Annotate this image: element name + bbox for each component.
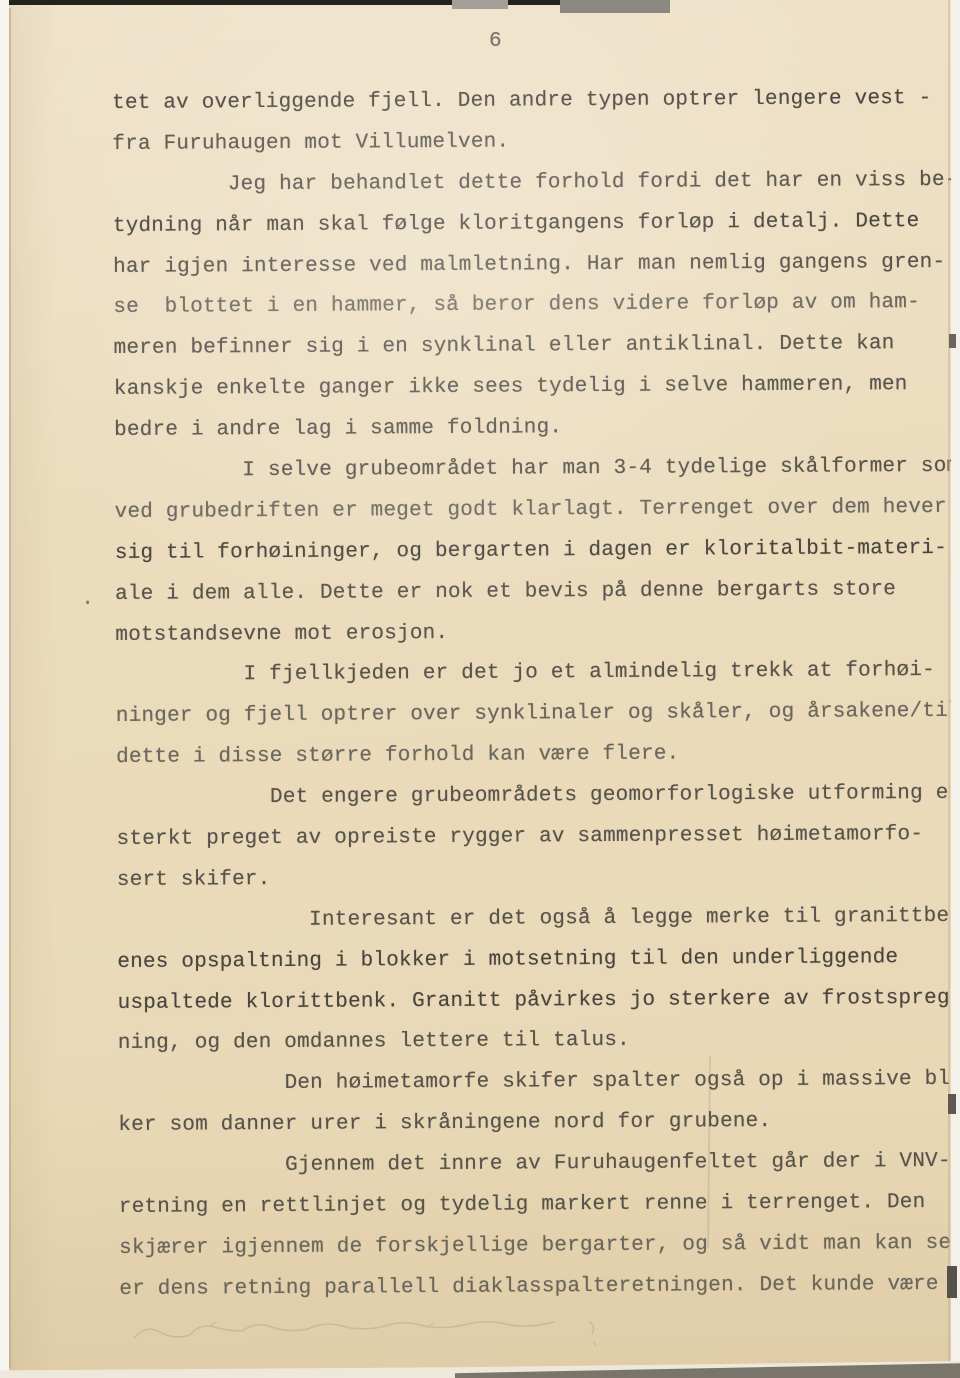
text-line: ved grubedriften er meget godt klarlagt.…	[114, 488, 960, 534]
text-line: Jeg har behandlet dette forhold fordi de…	[112, 161, 960, 207]
text-line: tydning når man skal følge kloritgangens…	[113, 201, 960, 247]
page-number: 6	[489, 30, 503, 53]
scan-artifact-top-tab	[452, 0, 508, 9]
scan-artifact-top-tab-2	[560, 0, 670, 13]
text-line: I fjellkjeden er det jo et almindelig tr…	[115, 651, 960, 697]
text-line: ning, og den omdannes lettere til talus.	[118, 1019, 960, 1065]
text-line: Gjennem det innre av Furuhaugenfeltet gå…	[118, 1142, 960, 1188]
text-line: Interesant er det også å legge merke til…	[117, 897, 960, 943]
text-line: sterkt preget av opreiste rygger av samm…	[116, 815, 960, 861]
text-line: sert skifer.	[117, 856, 960, 902]
text-line: retning en rettlinjet og tydelig markert…	[119, 1183, 960, 1229]
text-line: enes opspaltning i blokker i motsetning …	[117, 937, 960, 983]
text-line: skjærer igjennem de forskjellige bergart…	[119, 1224, 960, 1270]
text-line: dette i disse større forhold kan være fl…	[116, 733, 960, 779]
text-line: se blottet i en hammer, så beror dens vi…	[113, 283, 960, 329]
text-line: har igjen interesse ved malmletning. Har…	[113, 242, 960, 288]
text-line: motstandsevne mot erosjon.	[115, 610, 960, 656]
text-line: I selve grubeområdet har man 3-4 tydelig…	[114, 447, 960, 493]
text-line: kanskje enkelte ganger ikke sees tydelig…	[114, 365, 960, 411]
page-edge-right	[948, 0, 950, 1378]
paper-page: 6 tet av overliggende fjell. Den andre t…	[8, 0, 952, 1372]
text-line: Den høimetamorfe skifer spalter også op …	[118, 1060, 960, 1106]
text-line: meren befinner sig i en synklinal eller …	[113, 324, 960, 370]
text-line: Det engere grubeområdets geomorforlogisk…	[116, 774, 960, 820]
scanner-margin-right	[951, 0, 960, 1378]
text-line: ale i dem alle. Dette er nok et bevis på…	[115, 569, 960, 615]
scanner-margin-left	[0, 0, 9, 1378]
text-line: sig til forhøininger, og bergarten i dag…	[115, 529, 960, 575]
typewritten-text: tet av overliggende fjell. Den andre typ…	[112, 79, 960, 1311]
edge-ink-mark	[949, 334, 956, 348]
margin-stray-mark: .	[81, 586, 94, 611]
text-line: fra Furuhaugen mot Villumelven.	[112, 120, 960, 166]
text-line: tet av overliggende fjell. Den andre typ…	[112, 79, 960, 125]
edge-ink-mark	[948, 1094, 956, 1114]
text-line: uspaltede klorittbenk. Granitt påvirkes …	[117, 978, 960, 1024]
text-line: bedre i andre lag i samme foldning.	[114, 406, 960, 452]
scanned-document: 6 tet av overliggende fjell. Den andre t…	[0, 0, 960, 1378]
edge-ink-mark	[947, 1266, 957, 1298]
pencil-scribble-icon	[120, 1308, 660, 1354]
text-line: ker som danner urer i skråningene nord f…	[118, 1101, 960, 1147]
page-edge-left	[9, 8, 11, 1368]
text-line: ninger og fjell optrer over synklinaler …	[116, 692, 960, 738]
text-line: er dens retning parallell diaklasspalter…	[119, 1265, 960, 1311]
